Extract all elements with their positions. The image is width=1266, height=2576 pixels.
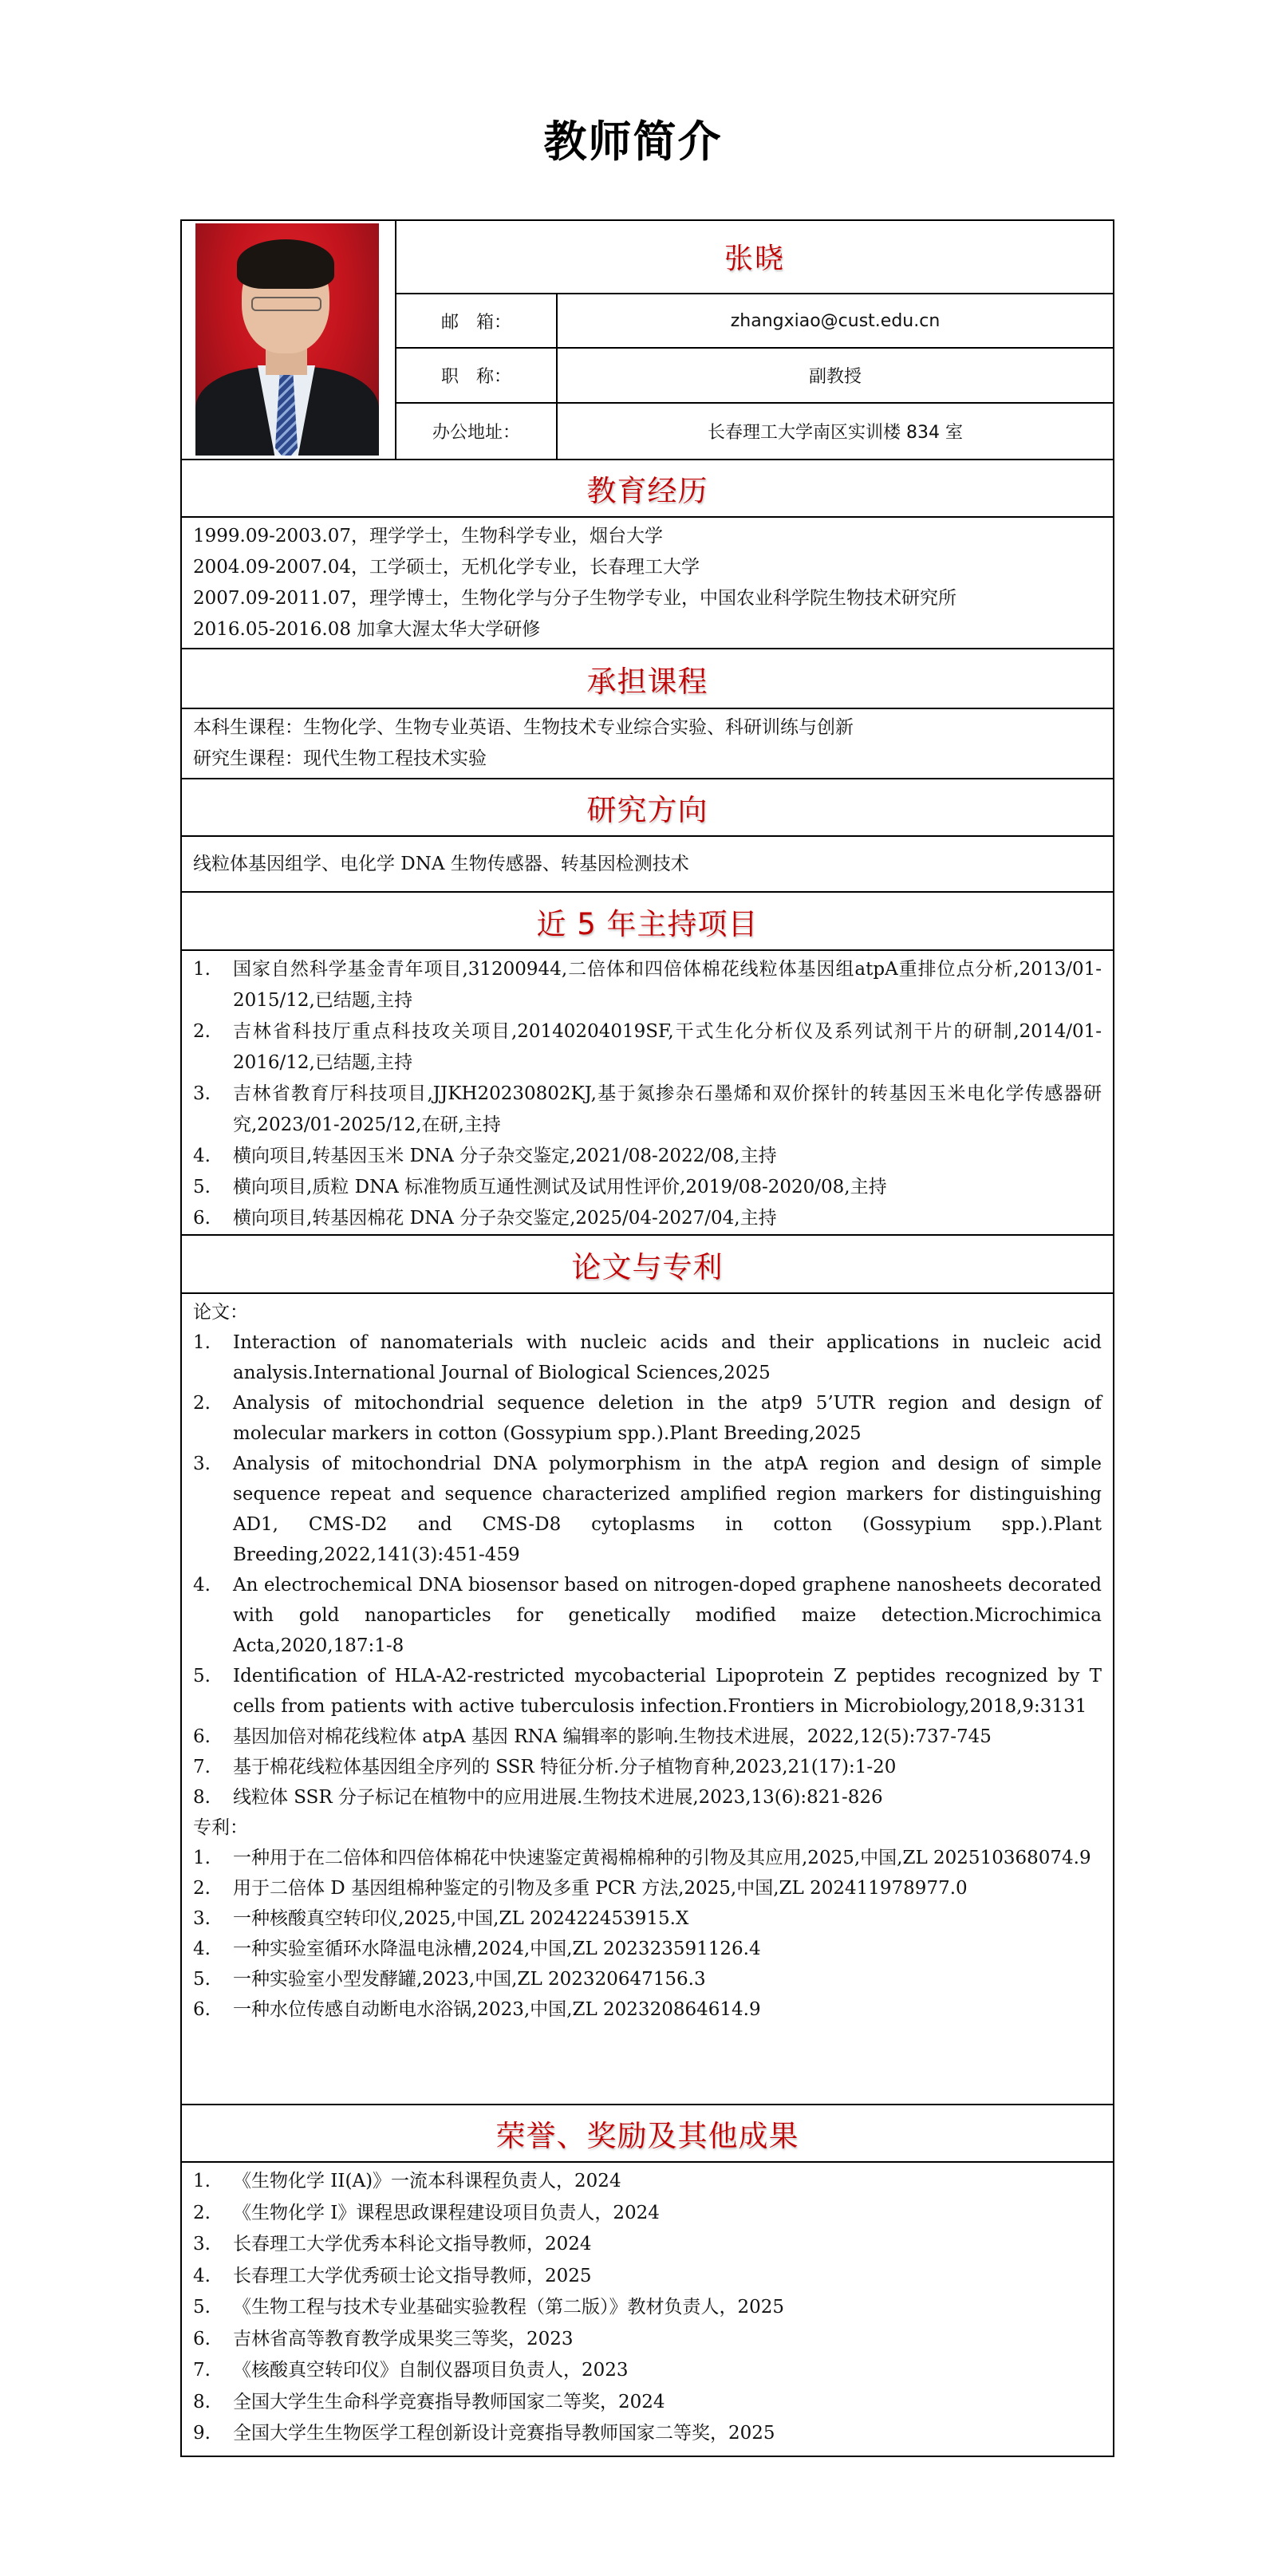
item-text: 全国大学生生命科学竞赛指导教师国家二等奖，2024 xyxy=(233,2387,1102,2419)
item-text: An electrochemical DNA biosensor based o… xyxy=(233,1570,1102,1661)
item-text: 线粒体 SSR 分子标记在植物中的应用进展.生物技术进展,2023,13(6):… xyxy=(233,1782,1102,1813)
honor-item: 8.全国大学生生命科学竞赛指导教师国家二等奖，2024 xyxy=(193,2387,1102,2419)
item-number: 5. xyxy=(193,2292,233,2324)
patent-item: 6.一种水位传感自动断电水浴锅,2023,中国,ZL 202320864614.… xyxy=(193,1994,1102,2025)
research-body: 线粒体基因组学、电化学 DNA 生物传感器、转基因检测技术 xyxy=(182,837,1113,893)
item-text: 吉林省高等教育教学成果奖三等奖，2023 xyxy=(233,2324,1102,2356)
project-item: 1.国家自然科学基金青年项目,31200944,二倍体和四倍体棉花线粒体基因组a… xyxy=(193,954,1102,1016)
name-row: 张晓 xyxy=(396,221,1113,294)
project-item: 5.横向项目,质粒 DNA 标准物质互通性测试及试用性评价,2019/08-20… xyxy=(193,1172,1102,1203)
item-number: 5. xyxy=(193,1661,233,1722)
item-text: 横向项目,转基因棉花 DNA 分子杂交鉴定,2025/04-2027/04,主持 xyxy=(233,1203,1102,1234)
item-number: 5. xyxy=(193,1964,233,1994)
item-text: 《生物工程与技术专业基础实验教程（第二版）》教材负责人，2025 xyxy=(233,2292,1102,2324)
patent-item: 1.一种用于在二倍体和四倍体棉花中快速鉴定黄褐棉棉种的引物及其应用,2025,中… xyxy=(193,1843,1102,1873)
item-number: 1. xyxy=(193,1843,233,1873)
item-number: 2. xyxy=(193,1873,233,1903)
email-row: 邮 箱： zhangxiao@cust.edu.cn xyxy=(396,294,1113,349)
item-text: 基于棉花线粒体基因组全序列的 SSR 特征分析.分子植物育种,2023,21(1… xyxy=(233,1752,1102,1782)
paper-item: 7.基于棉花线粒体基因组全序列的 SSR 特征分析.分子植物育种,2023,21… xyxy=(193,1752,1102,1782)
item-text: 《核酸真空转印仪》自制仪器项目负责人，2023 xyxy=(233,2355,1102,2387)
research-heading: 研究方向 xyxy=(182,779,1113,837)
item-number: 4. xyxy=(193,1934,233,1964)
item-number: 7. xyxy=(193,1752,233,1782)
honor-item: 1.《生物化学 II(A)》一流本科课程负责人，2024 xyxy=(193,2166,1102,2198)
patent-item: 3.一种核酸真空转印仪,2025,中国,ZL 202422453915.X xyxy=(193,1903,1102,1934)
course-line: 本科生课程：生物化学、生物专业英语、生物技术专业综合实验、科研训练与创新 xyxy=(193,712,1102,744)
research-text: 线粒体基因组学、电化学 DNA 生物传感器、转基因检测技术 xyxy=(193,849,689,880)
item-text: 基因加倍对棉花线粒体 atpA 基因 RNA 编辑率的影响.生物技术进展，202… xyxy=(233,1722,1102,1752)
office-label: 办公地址： xyxy=(396,404,558,459)
item-number: 7. xyxy=(193,2355,233,2387)
item-text: 《生物化学 I》课程思政课程建设项目负责人，2024 xyxy=(233,2198,1102,2230)
title-row: 职 称： 副教授 xyxy=(396,349,1113,404)
item-text: 横向项目,质粒 DNA 标准物质互通性测试及试用性评价,2019/08-2020… xyxy=(233,1172,1102,1203)
item-number: 6. xyxy=(193,1203,233,1234)
honors-body: 1.《生物化学 II(A)》一流本科课程负责人，2024 2.《生物化学 I》课… xyxy=(182,2163,1113,2456)
email-value[interactable]: zhangxiao@cust.edu.cn xyxy=(558,294,1113,348)
publications-heading: 论文与专利 xyxy=(182,1236,1113,1294)
item-text: 一种核酸真空转印仪,2025,中国,ZL 202422453915.X xyxy=(233,1903,1102,1934)
courses-body: 本科生课程：生物化学、生物专业英语、生物技术专业综合实验、科研训练与创新 研究生… xyxy=(182,709,1113,779)
education-heading: 教育经历 xyxy=(182,460,1113,518)
item-text: Interaction of nanomaterials with nuclei… xyxy=(233,1327,1102,1388)
education-body: 1999.09-2003.07，理学学士，生物科学专业，烟台大学 2004.09… xyxy=(182,518,1113,649)
projects-heading: 近 5 年主持项目 xyxy=(182,893,1113,951)
title-label: 职 称： xyxy=(396,349,558,402)
photo-cell xyxy=(182,221,396,459)
publications-body: 论文： 1.Interaction of nanomaterials with … xyxy=(182,1294,1113,2105)
education-line: 2007.09-2011.07，理学博士，生物化学与分子生物学专业，中国农业科学… xyxy=(193,583,1102,614)
patents-label: 专利： xyxy=(193,1813,1102,1843)
honor-item: 4.长春理工大学优秀硕士论文指导教师，2025 xyxy=(193,2261,1102,2293)
item-number: 4. xyxy=(193,2261,233,2293)
paper-item: 1.Interaction of nanomaterials with nucl… xyxy=(193,1327,1102,1388)
title-value: 副教授 xyxy=(558,349,1113,402)
profile-header: 张晓 邮 箱： zhangxiao@cust.edu.cn 职 称： 副教授 办… xyxy=(182,221,1113,460)
item-number: 6. xyxy=(193,1722,233,1752)
education-line: 1999.09-2003.07，理学学士，生物科学专业，烟台大学 xyxy=(193,521,1102,552)
honor-item: 3.长春理工大学优秀本科论文指导教师，2024 xyxy=(193,2229,1102,2261)
honor-item: 9.全国大学生生物医学工程创新设计竞赛指导教师国家二等奖，2025 xyxy=(193,2418,1102,2450)
courses-heading: 承担课程 xyxy=(182,649,1113,709)
paper-item: 5.Identification of HLA-A2-restricted my… xyxy=(193,1661,1102,1722)
item-text: 国家自然科学基金青年项目,31200944,二倍体和四倍体棉花线粒体基因组atp… xyxy=(233,954,1102,1016)
item-number: 3. xyxy=(193,2229,233,2261)
item-number: 5. xyxy=(193,1172,233,1203)
item-number: 6. xyxy=(193,2324,233,2356)
paper-item: 8.线粒体 SSR 分子标记在植物中的应用进展.生物技术进展,2023,13(6… xyxy=(193,1782,1102,1813)
project-item: 4.横向项目,转基因玉米 DNA 分子杂交鉴定,2021/08-2022/08,… xyxy=(193,1141,1102,1172)
photo-hair xyxy=(237,239,334,289)
item-text: 横向项目,转基因玉米 DNA 分子杂交鉴定,2021/08-2022/08,主持 xyxy=(233,1141,1102,1172)
paper-item: 6.基因加倍对棉花线粒体 atpA 基因 RNA 编辑率的影响.生物技术进展，2… xyxy=(193,1722,1102,1752)
honors-heading: 荣誉、奖励及其他成果 xyxy=(182,2105,1113,2163)
item-text: 吉林省教育厅科技项目,JJKH20230802KJ,基于氮掺杂石墨烯和双价探针的… xyxy=(233,1079,1102,1141)
item-text: 一种实验室循环水降温电泳槽,2024,中国,ZL 202323591126.4 xyxy=(233,1934,1102,1964)
papers-label: 论文： xyxy=(193,1297,1102,1327)
office-value: 长春理工大学南区实训楼 834 室 xyxy=(558,404,1113,459)
paper-item: 3.Analysis of mitochondrial DNA polymorp… xyxy=(193,1449,1102,1570)
honor-item: 5.《生物工程与技术专业基础实验教程（第二版）》教材负责人，2025 xyxy=(193,2292,1102,2324)
faculty-photo xyxy=(195,223,379,456)
item-number: 8. xyxy=(193,1782,233,1813)
item-number: 8. xyxy=(193,2387,233,2419)
teacher-name: 张晓 xyxy=(724,236,785,277)
item-number: 4. xyxy=(193,1141,233,1172)
item-text: Analysis of mitochondrial sequence delet… xyxy=(233,1388,1102,1449)
item-number: 9. xyxy=(193,2418,233,2450)
item-text: 全国大学生生物医学工程创新设计竞赛指导教师国家二等奖，2025 xyxy=(233,2418,1102,2450)
office-row: 办公地址： 长春理工大学南区实训楼 834 室 xyxy=(396,404,1113,459)
page-title: 教师简介 xyxy=(0,112,1266,172)
patent-item: 2.用于二倍体 D 基因组棉种鉴定的引物及多重 PCR 方法,2025,中国,Z… xyxy=(193,1873,1102,1903)
item-number: 1. xyxy=(193,1327,233,1388)
item-text: 吉林省科技厅重点科技攻关项目,20140204019SF,干式生化分析仪及系列试… xyxy=(233,1016,1102,1079)
honor-item: 6.吉林省高等教育教学成果奖三等奖，2023 xyxy=(193,2324,1102,2356)
project-item: 2.吉林省科技厅重点科技攻关项目,20140204019SF,干式生化分析仪及系… xyxy=(193,1016,1102,1079)
email-label: 邮 箱： xyxy=(396,294,558,348)
education-line: 2004.09-2007.04，工学硕士，无机化学专业，长春理工大学 xyxy=(193,552,1102,583)
item-number: 3. xyxy=(193,1079,233,1141)
paper-item: 2.Analysis of mitochondrial sequence del… xyxy=(193,1388,1102,1449)
item-number: 3. xyxy=(193,1449,233,1570)
item-text: 长春理工大学优秀本科论文指导教师，2024 xyxy=(233,2229,1102,2261)
item-text: Analysis of mitochondrial DNA polymorphi… xyxy=(233,1449,1102,1570)
item-number: 3. xyxy=(193,1903,233,1934)
item-text: 一种实验室小型发酵罐,2023,中国,ZL 202320647156.3 xyxy=(233,1964,1102,1994)
item-number: 2. xyxy=(193,1016,233,1079)
paper-item: 4.An electrochemical DNA biosensor based… xyxy=(193,1570,1102,1661)
honor-item: 2.《生物化学 I》课程思政课程建设项目负责人，2024 xyxy=(193,2198,1102,2230)
item-number: 4. xyxy=(193,1570,233,1661)
photo-glasses xyxy=(251,297,321,311)
item-text: 一种水位传感自动断电水浴锅,2023,中国,ZL 202320864614.9 xyxy=(233,1994,1102,2025)
profile-info: 张晓 邮 箱： zhangxiao@cust.edu.cn 职 称： 副教授 办… xyxy=(396,221,1113,459)
project-item: 6.横向项目,转基因棉花 DNA 分子杂交鉴定,2025/04-2027/04,… xyxy=(193,1203,1102,1234)
item-text: 用于二倍体 D 基因组棉种鉴定的引物及多重 PCR 方法,2025,中国,ZL … xyxy=(233,1873,1102,1903)
item-number: 1. xyxy=(193,2166,233,2198)
patent-item: 5.一种实验室小型发酵罐,2023,中国,ZL 202320647156.3 xyxy=(193,1964,1102,1994)
honor-item: 7.《核酸真空转印仪》自制仪器项目负责人，2023 xyxy=(193,2355,1102,2387)
item-number: 1. xyxy=(193,954,233,1016)
education-line: 2016.05-2016.08 加拿大渥太华大学研修 xyxy=(193,614,1102,645)
item-text: Identification of HLA-A2-restricted myco… xyxy=(233,1661,1102,1722)
item-text: 一种用于在二倍体和四倍体棉花中快速鉴定黄褐棉棉种的引物及其应用,2025,中国,… xyxy=(233,1843,1102,1873)
course-line: 研究生课程：现代生物工程技术实验 xyxy=(193,744,1102,775)
patent-item: 4.一种实验室循环水降温电泳槽,2024,中国,ZL 202323591126.… xyxy=(193,1934,1102,1964)
item-text: 《生物化学 II(A)》一流本科课程负责人，2024 xyxy=(233,2166,1102,2198)
item-number: 2. xyxy=(193,1388,233,1449)
profile-table: 张晓 邮 箱： zhangxiao@cust.edu.cn 职 称： 副教授 办… xyxy=(180,219,1114,2457)
item-text: 长春理工大学优秀硕士论文指导教师，2025 xyxy=(233,2261,1102,2293)
projects-body: 1.国家自然科学基金青年项目,31200944,二倍体和四倍体棉花线粒体基因组a… xyxy=(182,951,1113,1236)
project-item: 3.吉林省教育厅科技项目,JJKH20230802KJ,基于氮掺杂石墨烯和双价探… xyxy=(193,1079,1102,1141)
item-number: 6. xyxy=(193,1994,233,2025)
item-number: 2. xyxy=(193,2198,233,2230)
